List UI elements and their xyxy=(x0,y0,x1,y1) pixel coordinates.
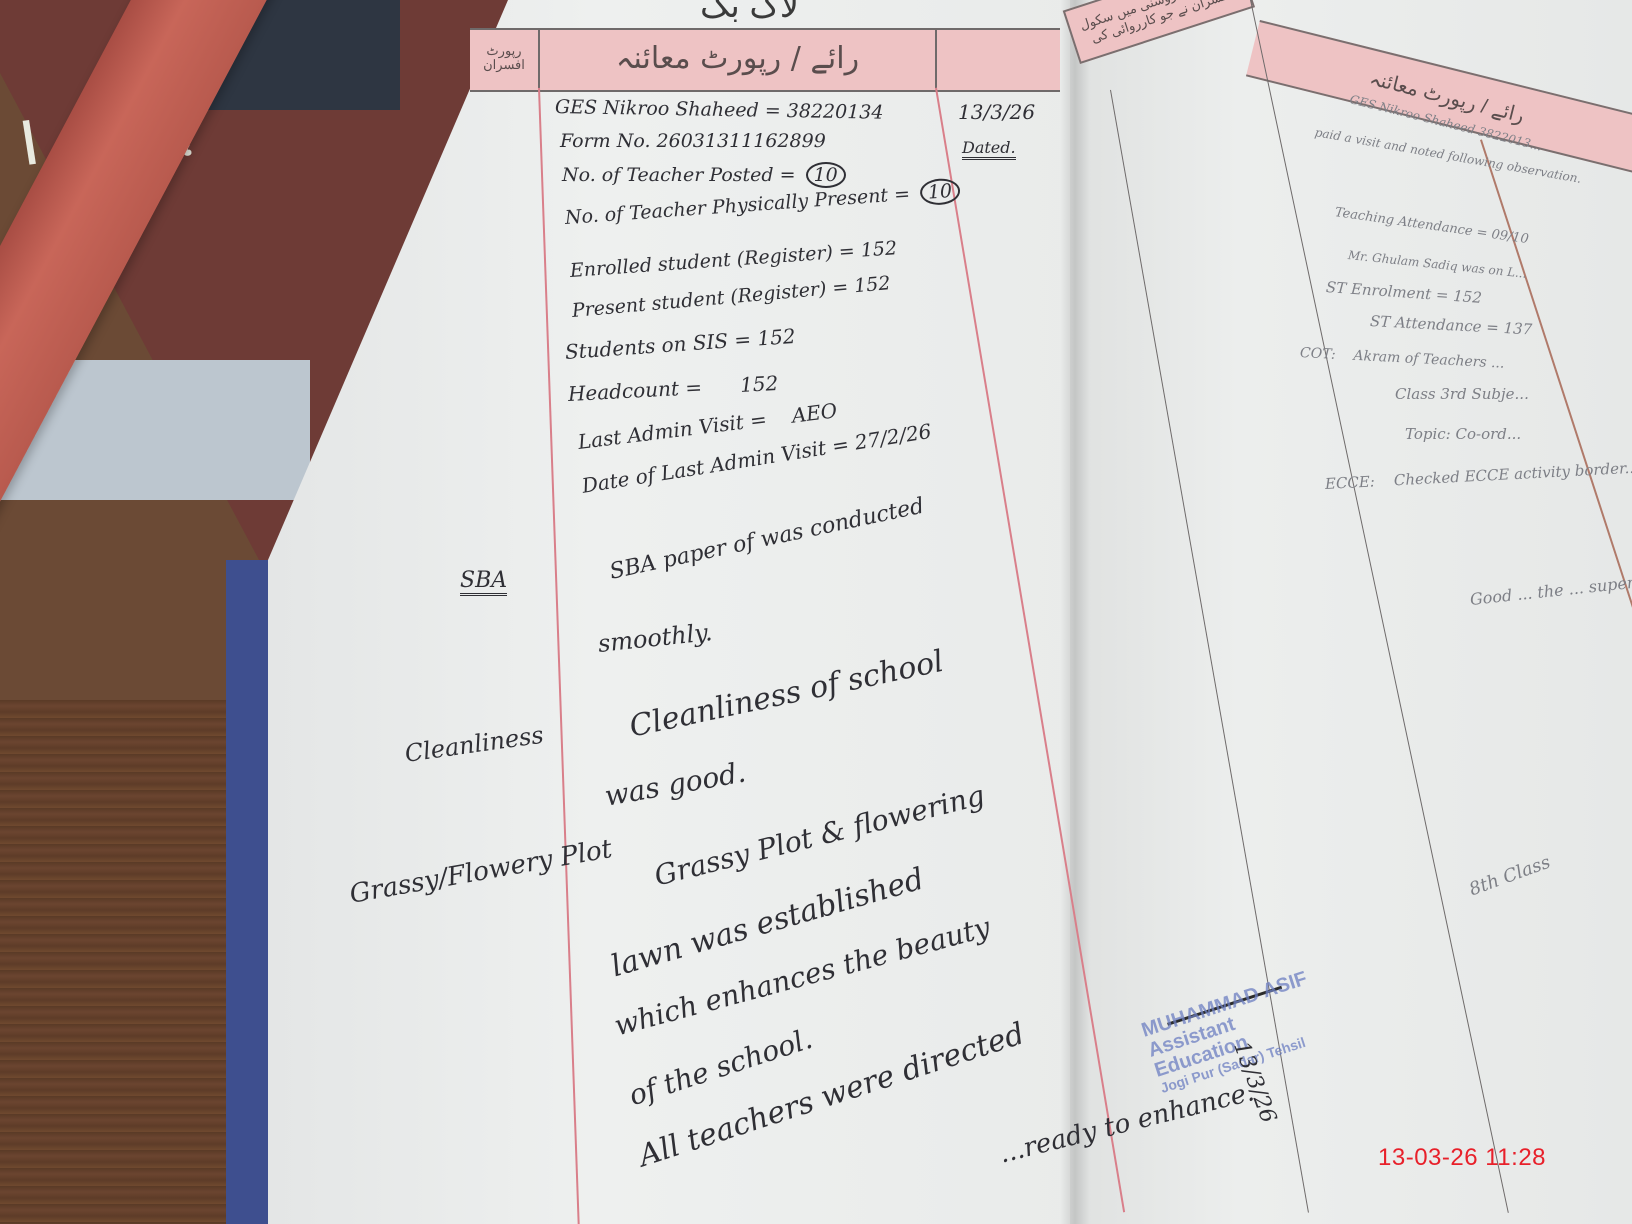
detail-value: 152 xyxy=(853,272,891,297)
detail-value-circled: 10 xyxy=(919,177,961,206)
rp-entry-topic: Topic: Co-ord... xyxy=(1405,425,1521,443)
entry-date-label-text: Dated. xyxy=(962,138,1016,160)
camera-timestamp: 13-03-26 11:28 xyxy=(1378,1144,1546,1172)
entry-date-label: Dated. xyxy=(962,138,1016,157)
header-col-report: رائے / رپورٹ معائنہ xyxy=(540,28,935,88)
detail-value: 152 xyxy=(860,237,898,261)
detail-value: 26031311162899 xyxy=(657,130,826,152)
rp-entry-label: ST xyxy=(1325,278,1346,297)
page-gutter xyxy=(1060,0,1090,1224)
detail-label: Form No. xyxy=(560,130,651,152)
detail-value-circled: 10 xyxy=(806,162,846,188)
detail-value: = 38220134 xyxy=(765,100,884,124)
register-blue-edge xyxy=(226,560,270,1224)
entry-date: 13/3/26 xyxy=(958,100,1035,124)
obs-heading-text: SBA xyxy=(460,568,507,596)
rp-entry-class: Class 3rd Subje... xyxy=(1395,385,1529,403)
detail-teachers-posted: No. of Teacher Posted = 10 xyxy=(562,162,846,188)
header-col-action: رپورٹ افسران xyxy=(470,28,540,88)
detail-label: GES Nikroo Shaheed xyxy=(555,96,759,122)
register-top-title: لاگ بک xyxy=(700,0,799,26)
detail-label: No. of Teacher Posted = xyxy=(562,164,796,186)
detail-form-no: Form No. 26031311162899 xyxy=(560,130,826,152)
detail-value: 152 xyxy=(739,371,778,397)
detail-value: 152 xyxy=(757,324,797,351)
rp-entry-label: ECCE: xyxy=(1325,472,1376,493)
rp-entry-label: COT: xyxy=(1300,345,1337,363)
obs-heading-sba: SBA xyxy=(460,568,507,593)
header-col-date xyxy=(935,28,1062,88)
